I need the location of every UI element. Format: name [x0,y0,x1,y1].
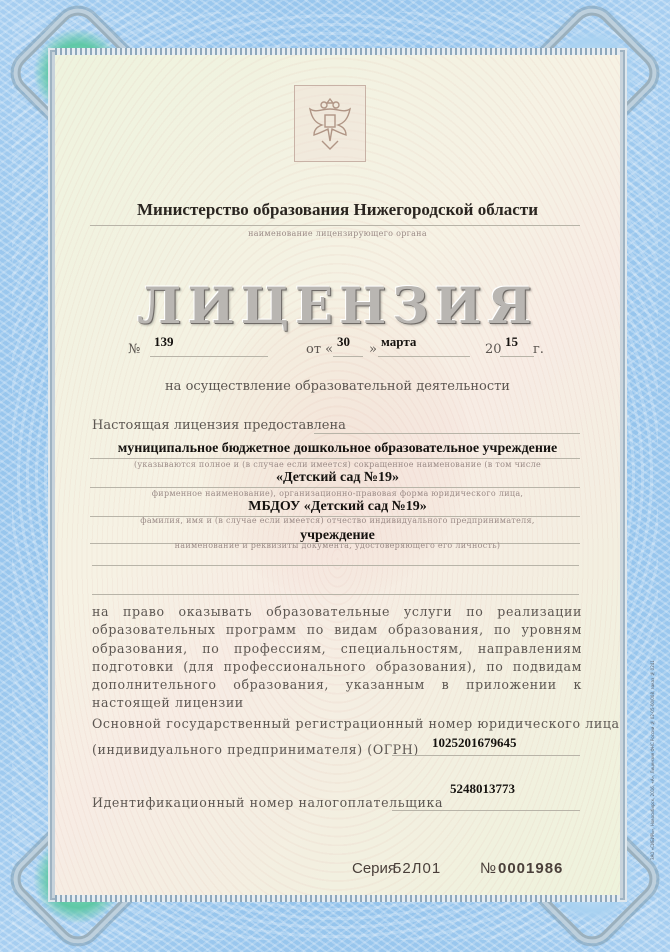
license-document: Министерство образования Нижегородской о… [0,0,670,952]
full-name-underline [90,458,580,459]
series-value: 52Л01 [393,860,441,877]
granted-to-label: Настоящая лицензия предоставлена [92,418,346,433]
serial-number: 0001986 [498,860,563,877]
caption-full-name: (указываются полное и (в случае если име… [55,460,620,469]
printer-imprint: ЗАО «СИБИРЬ», Новосибирск, 2016, «А», Ли… [650,660,662,860]
licensee-full-name: муниципальное бюджетное дошкольное образ… [55,441,620,457]
date-from-label: от « [306,342,333,357]
caption-identity-document: наименование и реквизиты документа, удос… [55,541,620,550]
document-title: ЛИЦЕНЗИЯ [55,276,620,335]
blank-line-2 [92,594,579,595]
year-underline [500,356,534,357]
license-number: 139 [154,334,174,350]
year-suffix: 15 [505,334,518,350]
month-underline [378,356,470,357]
license-purpose: на осуществление образовательной деятель… [55,379,620,394]
ogrn-underline [392,755,580,756]
licensee-short-name: МБДОУ «Детский сад №19» [55,499,620,515]
caption-short-name: фамилия, имя и (в случае если имеется) о… [55,516,620,525]
inn-label: Идентификационный номер налогоплательщик… [92,795,443,810]
coat-of-arms-icon [294,85,366,162]
date-month: марта [381,334,416,350]
inn-value: 5248013773 [450,781,515,797]
number-label: № [128,342,140,357]
date-quote-close: » [369,342,377,357]
day-underline [333,356,363,357]
blank-line-1 [92,565,579,566]
ogrn-label-line2: (индивидуального предпринимателя) (ОГРН) [92,742,419,757]
date-day: 30 [337,334,350,350]
ogrn-label-line1: Основной государственный регистрационный… [92,716,620,731]
issuer-caption: наименование лицензирующего органа [55,229,620,238]
series-label: Серия [352,860,396,877]
issuing-authority: Министерство образования Нижегородской о… [55,200,620,220]
serial-number-label: № [480,860,496,877]
licensee-brand-name: «Детский сад №19» [55,470,620,486]
granted-to-underline [314,433,580,434]
ogrn-value: 1025201679645 [432,735,517,751]
year-abbr: г. [533,342,544,357]
inn-underline [392,810,580,811]
number-underline [150,356,268,357]
caption-brand-name: фирменное наименование), организационно-… [55,489,620,498]
rights-paragraph: на право оказывать образовательные услуг… [92,603,582,713]
issuer-underline [90,225,580,226]
year-prefix: 20 [485,342,502,357]
brand-name-underline [90,487,580,488]
